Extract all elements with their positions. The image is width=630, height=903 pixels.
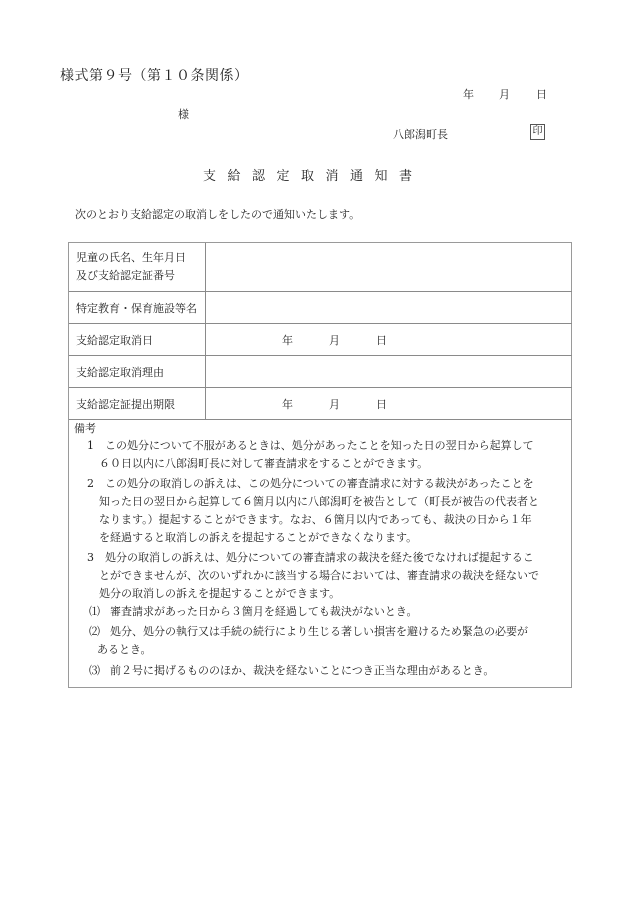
table-row-cancel-reason: 支給認定取消理由: [69, 356, 572, 388]
field-submission-deadline[interactable]: 年 月 日: [206, 388, 572, 419]
label-child-info: 児童の氏名、生年月日 及び支給認定証番号: [69, 243, 206, 291]
note-text: この処分について不服があるときは、処分があったことを知った日の翌日から起算して …: [105, 437, 575, 473]
sub-item-line: 審査請求があった日から３箇月を経過しても裁決がないとき。: [110, 603, 558, 621]
addressee-suffix: 様: [178, 106, 189, 122]
sub-item-text: 審査請求があった日から３箇月を経過しても裁決がないとき。: [110, 603, 558, 621]
sub-item-text: 前２号に掲げるもののほか、裁決を経ないことにつき正当な理由があるとき。: [110, 662, 558, 680]
field-cancel-date[interactable]: 年 月 日: [206, 324, 572, 355]
cancel-date-year-label: 年: [282, 332, 293, 348]
label-submission-deadline: 支給認定証提出期限: [69, 388, 206, 419]
label-child-info-line1: 児童の氏名、生年月日: [76, 249, 186, 267]
issue-date-day-label: 日: [536, 86, 547, 102]
intro-text: 次のとおり支給認定の取消しをしたので通知いたします。: [75, 206, 360, 222]
label-facility: 特定教育・保育施設等名: [69, 292, 206, 323]
sub-item-text: 処分、処分の執行又は手続の続行により生じる著しい損害を避けるため緊急の必要が あ…: [110, 623, 558, 659]
note-number: 2: [87, 475, 94, 493]
sub-item-line: あるとき。: [97, 641, 558, 659]
issue-date-year-label: 年: [463, 86, 474, 102]
sub-item-number: ⑵: [89, 623, 100, 641]
note-line: を経過すると取消しの訴えを提起することができなくなります。: [99, 529, 575, 547]
seal-mark: 印: [530, 124, 545, 140]
note-number: 3: [87, 549, 94, 567]
note-number: 1: [87, 437, 94, 455]
cancellation-form-table: 児童の氏名、生年月日 及び支給認定証番号 特定教育・保育施設等名 支給認定取消日…: [68, 242, 572, 688]
table-row-submission-deadline: 支給認定証提出期限 年 月 日: [69, 388, 572, 420]
sub-item-number: ⑴: [89, 603, 100, 621]
note-line: 処分の取消しの訴えは、処分についての審査請求の裁決を経た後でなければ提起するこ: [105, 549, 575, 567]
deadline-day-label: 日: [376, 396, 387, 412]
deadline-month-label: 月: [329, 396, 340, 412]
issuer-name: 八郎潟町長: [393, 126, 448, 142]
sub-item-line: 前２号に掲げるもののほか、裁決を経ないことにつき正当な理由があるとき。: [110, 662, 558, 680]
field-cancel-reason[interactable]: [206, 356, 572, 387]
table-row-child-info: 児童の氏名、生年月日 及び支給認定証番号: [69, 243, 572, 292]
deadline-year-label: 年: [282, 396, 293, 412]
sub-item-number: ⑶: [89, 662, 100, 680]
field-facility[interactable]: [206, 292, 572, 323]
sub-item-line: 処分、処分の執行又は手続の続行により生じる著しい損害を避けるため緊急の必要が: [110, 623, 558, 641]
note-line: 処分の取消しの訴えを提起することができます。: [99, 585, 575, 603]
field-child-info[interactable]: [206, 243, 572, 291]
note-line: この処分の取消しの訴えは、この処分についての審査請求に対する裁決があったことを: [105, 475, 575, 493]
table-row-facility: 特定教育・保育施設等名: [69, 292, 572, 324]
note-text: この処分の取消しの訴えは、この処分についての審査請求に対する裁決があったことを …: [105, 475, 575, 547]
form-number: 様式第９号（第１０条関係）: [60, 65, 249, 85]
note-line: なります。）提起することができます。なお、６箇月以内であっても、裁決の日から１年: [99, 511, 575, 529]
document-title: 支給認定取消通知書: [203, 165, 424, 184]
note-line: とができませんが、次のいずれかに該当する場合においては、審査請求の裁決を経ないで: [99, 567, 575, 585]
cancel-date-day-label: 日: [376, 332, 387, 348]
note-line: 知った日の翌日から起算して６箇月以内に八郎潟町を被告として（町長が被告の代表者と: [99, 493, 575, 511]
cancel-date-month-label: 月: [329, 332, 340, 348]
label-cancel-reason: 支給認定取消理由: [69, 356, 206, 387]
label-child-info-line2: 及び支給認定証番号: [76, 267, 186, 285]
issue-date-month-label: 月: [499, 86, 510, 102]
note-text: 処分の取消しの訴えは、処分についての審査請求の裁決を経た後でなければ提起するこ …: [105, 549, 575, 603]
table-row-cancel-date: 支給認定取消日 年 月 日: [69, 324, 572, 356]
note-line: この処分について不服があるときは、処分があったことを知った日の翌日から起算して: [105, 437, 575, 455]
notes-title: 備考: [74, 420, 96, 438]
label-cancel-date: 支給認定取消日: [69, 324, 206, 355]
note-line: ６０日以内に八郎潟町長に対して審査請求をすることができます。: [99, 455, 575, 473]
